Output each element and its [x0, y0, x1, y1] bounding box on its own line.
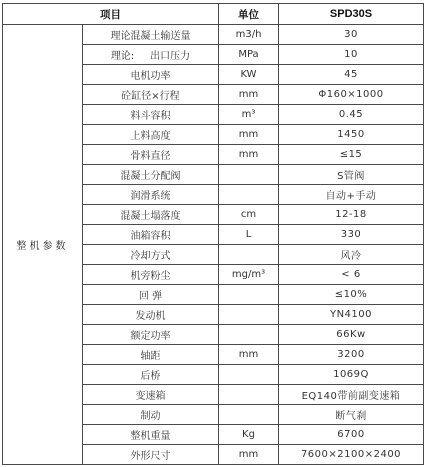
- param-name: 回 弹: [83, 285, 219, 305]
- param-name: 混凝土分配阀: [83, 165, 219, 185]
- param-value: Φ160×1000: [279, 85, 424, 105]
- param-name: 额定功率: [83, 325, 219, 345]
- param-name: 上料高度: [83, 125, 219, 145]
- param-unit: L: [219, 225, 279, 245]
- param-name: 电机功率: [83, 65, 219, 85]
- param-unit: mm: [219, 145, 279, 165]
- param-unit: [219, 305, 279, 325]
- param-name: 整机重量: [83, 425, 219, 445]
- param-value: 3200: [279, 345, 424, 365]
- param-value: 30: [279, 25, 424, 45]
- param-value: 7600×2100×2400: [279, 445, 424, 465]
- param-name: 砼缸径×行程: [83, 85, 219, 105]
- header-unit: 单位: [219, 4, 279, 25]
- param-value: ≤10%: [279, 285, 424, 305]
- param-value: 330: [279, 225, 424, 245]
- param-name: 混凝土塌落度: [83, 205, 219, 225]
- param-name: 骨料直径: [83, 145, 219, 165]
- header-item: 项目: [3, 4, 219, 25]
- param-name: 外形尺寸: [83, 445, 219, 465]
- param-unit: [219, 365, 279, 385]
- param-name: 理论混凝土输送量: [83, 25, 219, 45]
- param-unit: [219, 325, 279, 345]
- param-unit: [219, 165, 279, 185]
- header-row: 项目 单位 SPD30S: [3, 4, 424, 25]
- param-value: EQ140带前副变速箱: [279, 385, 424, 405]
- param-unit: [219, 385, 279, 405]
- group-label: 整机参数: [3, 25, 83, 465]
- param-value: < 6: [279, 265, 424, 285]
- param-value: 10: [279, 45, 424, 65]
- spec-table: 项目 单位 SPD30S 整机参数理论混凝土输送量m3/h30理论: 出口压力M…: [2, 3, 424, 465]
- param-value: 12-18: [279, 205, 424, 225]
- param-unit: m³: [219, 105, 279, 125]
- table-row: 整机参数理论混凝土输送量m3/h30: [3, 25, 424, 45]
- param-value: 0.45: [279, 105, 424, 125]
- param-unit: m3/h: [219, 25, 279, 45]
- param-unit: mg/m³: [219, 265, 279, 285]
- param-value: S管阀: [279, 165, 424, 185]
- param-value: 6700: [279, 425, 424, 445]
- param-value: ≤15: [279, 145, 424, 165]
- param-unit: mm: [219, 125, 279, 145]
- param-value: YN4100: [279, 305, 424, 325]
- param-name: 冷却方式: [83, 245, 219, 265]
- param-unit: mm: [219, 345, 279, 365]
- param-value: 45: [279, 65, 424, 85]
- param-unit: mm: [219, 85, 279, 105]
- param-unit: MPa: [219, 45, 279, 65]
- param-name: 机旁粉尘: [83, 265, 219, 285]
- param-name: 发动机: [83, 305, 219, 325]
- param-unit: KW: [219, 65, 279, 85]
- param-value: 自动+手动: [279, 185, 424, 205]
- header-model: SPD30S: [279, 4, 424, 25]
- param-name: 后桥: [83, 365, 219, 385]
- param-unit: mm: [219, 445, 279, 465]
- spec-body: 整机参数理论混凝土输送量m3/h30理论: 出口压力MPa10电机功率KW45砼…: [3, 25, 424, 465]
- param-unit: [219, 405, 279, 425]
- param-name: 理论: 出口压力: [83, 45, 219, 65]
- param-name: 轴距: [83, 345, 219, 365]
- param-unit: [219, 285, 279, 305]
- param-unit: cm: [219, 205, 279, 225]
- param-unit: [219, 245, 279, 265]
- param-name: 制动: [83, 405, 219, 425]
- param-value: 断气刹: [279, 405, 424, 425]
- param-name: 变速箱: [83, 385, 219, 405]
- param-value: 风冷: [279, 245, 424, 265]
- param-unit: [219, 185, 279, 205]
- param-name: 润滑系统: [83, 185, 219, 205]
- param-name: 料斗容积: [83, 105, 219, 125]
- param-value: 1450: [279, 125, 424, 145]
- param-value: 1069Q: [279, 365, 424, 385]
- param-unit: Kg: [219, 425, 279, 445]
- param-name: 油箱容积: [83, 225, 219, 245]
- param-value: 66Kw: [279, 325, 424, 345]
